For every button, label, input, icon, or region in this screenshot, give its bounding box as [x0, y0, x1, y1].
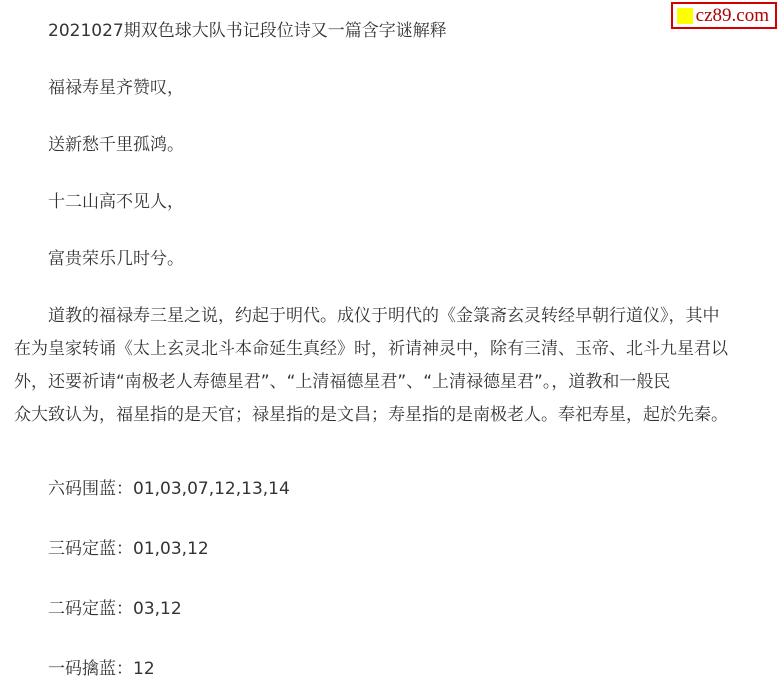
- logo-square-icon: [677, 8, 693, 24]
- prediction-three-codes: 三码定蓝：01,03,12: [14, 533, 765, 566]
- prediction-six-codes: 六码围蓝：01,03,07,12,13,14: [14, 473, 765, 506]
- article-paragraph: 道教的福禄寿三星之说，约起于明代。成仪于明代的《金箓斋玄灵转经早朝行道仪》，其中…: [14, 300, 765, 432]
- paragraph-line: 在为皇家转诵《太上玄灵北斗本命延生真经》时，祈请神灵中，除有三清、玉帝、北斗九星…: [14, 333, 765, 366]
- poem-line-3: 十二山高不见人，: [14, 186, 765, 219]
- article-title: 2021027期双色球大队书记段位诗又一篇含字谜解释: [14, 15, 765, 48]
- logo-text: cz89.com: [696, 5, 769, 26]
- site-logo[interactable]: cz89.com: [671, 2, 777, 29]
- poem-line-1: 福禄寿星齐赞叹，: [14, 72, 765, 105]
- paragraph-line: 道教的福禄寿三星之说，约起于明代。成仪于明代的《金箓斋玄灵转经早朝行道仪》，其中: [14, 300, 765, 333]
- prediction-two-codes: 二码定蓝：03,12: [14, 593, 765, 626]
- paragraph-line: 众大致认为，福星指的是天官；禄星指的是文昌；寿星指的是南极老人。奉祀寿星，起於先…: [14, 399, 765, 432]
- poem-line-2: 送新愁千里孤鸿。: [14, 129, 765, 162]
- poem-line-4: 富贵荣乐几时兮。: [14, 243, 765, 276]
- article-page: 2021027期双色球大队书记段位诗又一篇含字谜解释 福禄寿星齐赞叹， 送新愁千…: [0, 0, 779, 686]
- paragraph-line: 外，还要祈请“南极老人寿德星君”、“上清福德星君”、“上清禄德星君”。，道教和一…: [14, 366, 765, 399]
- prediction-one-code: 一码擒蓝：12: [14, 653, 765, 686]
